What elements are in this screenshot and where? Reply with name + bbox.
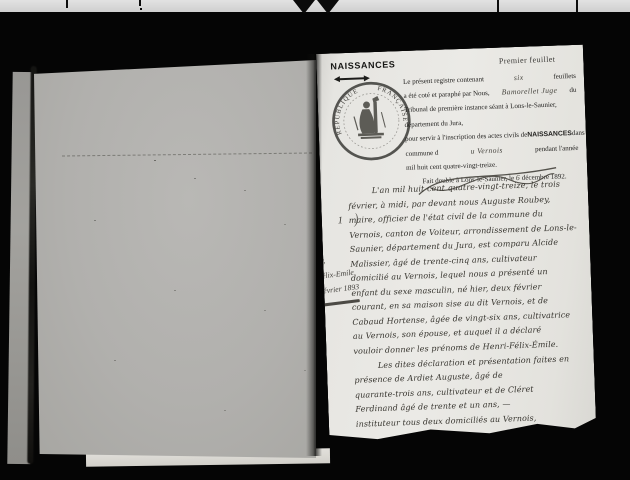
handwritten-value: u Vernois [470, 144, 503, 159]
right-register-page: NAISSANCES Premier feuillet RÉPUBLIQUE F… [316, 45, 596, 443]
microfilm-scan-frame: NAISSANCES Premier feuillet RÉPUBLIQUE F… [0, 0, 630, 480]
left-blank-page [34, 60, 316, 458]
paper-crease-line [62, 152, 312, 156]
svg-text:RÉPUBLIQUE: RÉPUBLIQUE [332, 87, 361, 136]
birth-act-text: L'an mil huit cent quatre-vingt-treize, … [348, 177, 589, 432]
film-registration-dot [140, 8, 142, 10]
film-registration-mark [139, 0, 141, 6]
printed-text: pendant l'année [535, 141, 579, 157]
printed-text: du [569, 83, 576, 97]
page-title: NAISSANCES [330, 59, 395, 71]
printed-text: dans la [572, 125, 592, 140]
act-number: 1 [338, 215, 343, 226]
printed-keyword: NAISSANCES [527, 127, 572, 143]
seated-marianne-figure [353, 96, 385, 140]
handwritten-value: six [514, 71, 524, 86]
film-registration-mark [576, 0, 578, 12]
stamp-arc-text: RÉPUBLIQUE [332, 87, 361, 136]
printed-text: commune d [405, 146, 438, 161]
paper-specks [154, 160, 156, 161]
film-registration-mark [497, 0, 499, 12]
film-arrow-marker-icon [293, 0, 315, 14]
book-spine-shadow [306, 54, 322, 456]
film-arrow-marker-icon [317, 0, 339, 14]
printed-text: Tribunal de première instance séant à Lo… [404, 101, 557, 129]
printed-text: feuillets [553, 69, 576, 84]
folio-label: Premier feuillet [499, 55, 556, 66]
film-registration-mark [66, 0, 68, 8]
film-edge-strip [0, 0, 630, 12]
